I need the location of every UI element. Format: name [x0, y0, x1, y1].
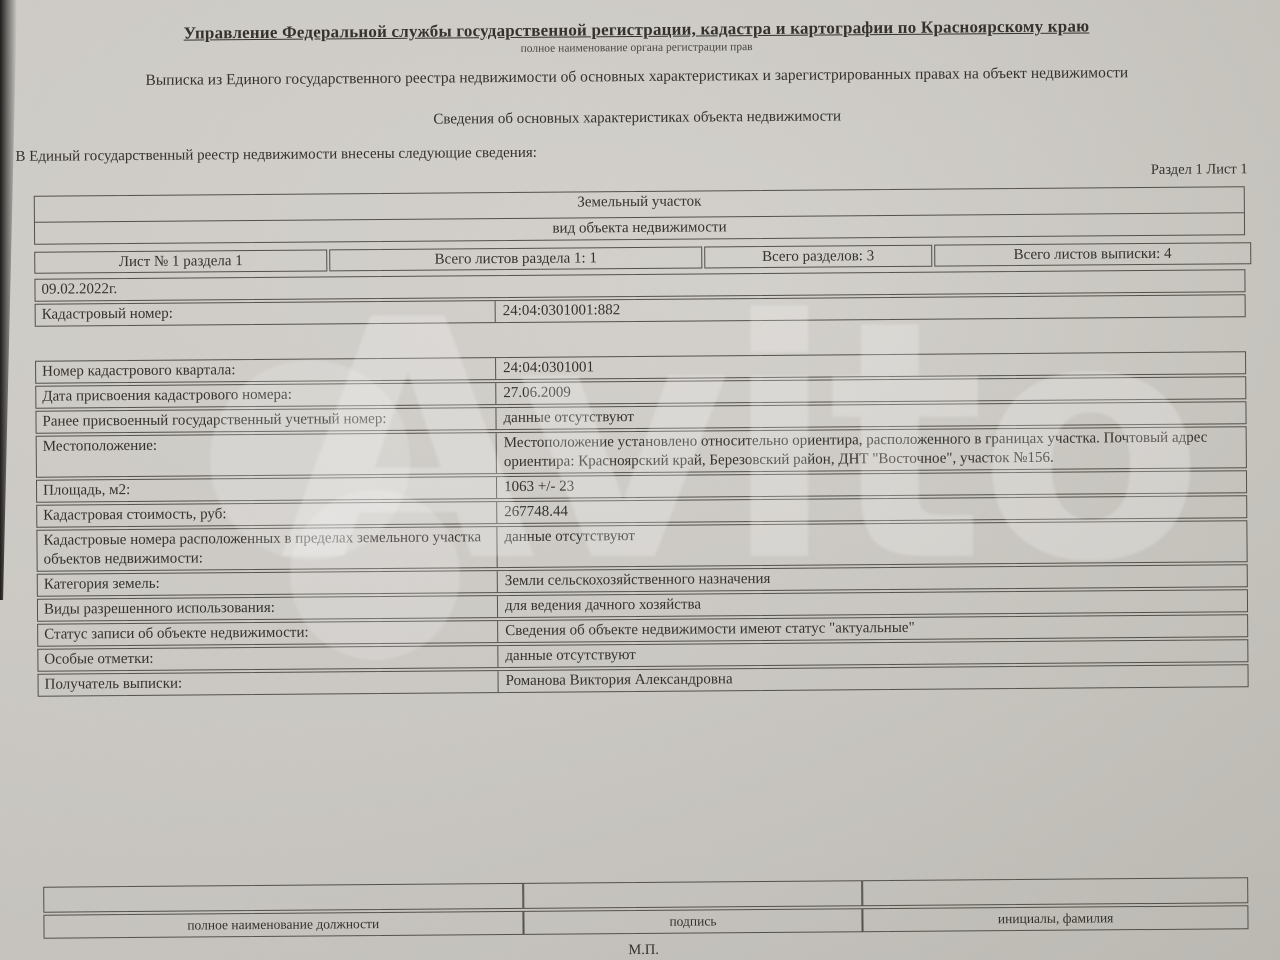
cadastral-number-value: 24:04:0301001:882: [496, 295, 1245, 322]
row-label: Ранее присвоенный государственный учетны…: [36, 408, 496, 433]
signature-column-label: полное наименование должности: [43, 911, 523, 939]
document-photo: Управление Федеральной службы государств…: [0, 0, 1280, 960]
document-title: Выписка из Единого государственного реес…: [0, 63, 1277, 91]
sheet-info-cell: Всего разделов: 3: [704, 245, 932, 269]
row-label: Статус записи об объекте недвижимости:: [38, 621, 498, 646]
stamp-place-label: М.П.: [4, 937, 1280, 960]
row-label: Местоположение:: [37, 433, 497, 477]
row-value: данные отсутствуют: [498, 640, 1247, 667]
row-value: Романова Виктория Александровна: [498, 665, 1247, 692]
sheet-info-row: Лист № 1 раздела 1Всего листов раздела 1…: [34, 242, 1245, 274]
table-row: Местоположение:Местоположение установлен…: [36, 426, 1247, 478]
row-label: Виды разрешенного использования:: [38, 596, 498, 621]
signature-empty-cell: [43, 883, 523, 913]
row-value: 1063 +/- 23: [497, 471, 1246, 498]
document-subtitle: Сведения об основных характеристиках объ…: [0, 105, 1277, 132]
row-label: Категория земель:: [38, 571, 498, 596]
row-value: данные отсутствуют: [496, 402, 1245, 429]
row-value: Сведения об объекте недвижимости имеют с…: [498, 615, 1247, 642]
table-row: Кадастровые номера расположенных в преде…: [36, 520, 1247, 572]
row-label: Дата присвоения кадастрового номера:: [36, 383, 496, 408]
sheet-info-cell: Лист № 1 раздела 1: [34, 249, 327, 273]
object-type-box: Земельный участок вид объекта недвижимос…: [34, 186, 1245, 245]
row-value: 24:04:0301001: [496, 352, 1245, 379]
row-value: 267748.44: [497, 496, 1246, 523]
row-value: 27.06.2009: [496, 377, 1245, 404]
signature-column-label: подпись: [523, 908, 863, 935]
signature-block: полное наименование должностиподписьиниц…: [3, 877, 1280, 960]
row-value: Земли сельскохозяйственного назначения: [498, 565, 1247, 592]
section-sheet-label: Раздел 1 Лист 1: [0, 161, 1248, 188]
signature-empty-cell: [863, 877, 1249, 906]
row-label: Площадь, м2:: [37, 477, 497, 502]
row-label: Кадастровые номера расположенных в преде…: [37, 527, 497, 571]
cadastral-number-label: Кадастровый номер:: [36, 301, 496, 326]
object-type-caption: вид объекта недвижимости: [35, 212, 1244, 243]
row-label: Кадастровая стоимость, руб:: [37, 502, 497, 527]
signature-empty-cell: [523, 880, 863, 909]
sheet-info-cell: Всего листов раздела 1: 1: [329, 247, 702, 272]
row-label: Получатель выписки:: [39, 671, 499, 696]
date-cadastral-box: 09.02.2022г. Кадастровый номер: 24:04:03…: [34, 269, 1245, 327]
row-label: Особые отметки:: [38, 646, 498, 671]
row-value: Местоположение установлено относительно …: [497, 427, 1246, 473]
row-value: для ведения дачного хозяйства: [498, 590, 1247, 617]
main-table: Номер кадастрового квартала:24:04:030100…: [35, 351, 1249, 697]
sheet-info-cell: Всего листов выписки: 4: [934, 242, 1251, 266]
row-label: Номер кадастрового квартала:: [36, 358, 496, 383]
row-value: данные отсутствуют: [497, 521, 1246, 567]
paper-sheet: Управление Федеральной службы государств…: [0, 0, 1280, 960]
signature-column-label: инициалы, фамилия: [863, 905, 1249, 932]
